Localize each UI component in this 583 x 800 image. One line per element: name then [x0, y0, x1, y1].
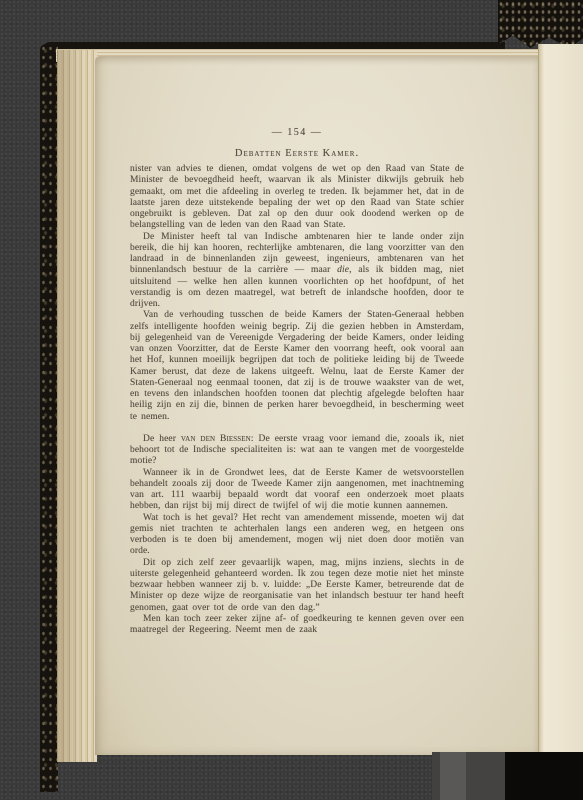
paragraph-5-text: Wanneer ik in de Grondwet lees, dat de E… — [130, 468, 464, 512]
printed-text-block: — 154 — Debatten Eerste Kamer. nister va… — [130, 127, 464, 636]
speaker-prefix: De heer — [143, 434, 181, 444]
paragraph-1: nister van advies te dienen, omdat volge… — [130, 164, 464, 232]
paragraph-2-italic-word: die — [337, 265, 349, 275]
speaker-name: van den Biessen — [181, 434, 251, 444]
book-scan-photo: — 154 — Debatten Eerste Kamer. nister va… — [0, 0, 583, 800]
paragraph-3-text: Van de verhouding tusschen de beide Kame… — [130, 310, 464, 421]
paragraph-2: De Minister heeft tal van Indische ambte… — [130, 232, 464, 311]
book-cover-left-marbled-strip — [40, 44, 58, 792]
body-text: nister van advies te dienen, omdat volge… — [130, 164, 464, 636]
section-heading: Debatten Eerste Kamer. — [130, 148, 464, 159]
fore-edge-page-block — [538, 44, 583, 762]
paragraph-6-text: Wat toch is het geval? Het recht van ame… — [130, 513, 464, 557]
paragraph-3: Van de verhouding tusschen de beide Kame… — [130, 310, 464, 423]
paragraph-7: Dit op zich zelf zeer gevaarlijk wapen, … — [130, 558, 464, 614]
table-shadow-strip — [432, 752, 505, 800]
paragraph-8-text: Men kan toch zeer zeker zijne af- of goe… — [130, 614, 464, 635]
paragraph-1-text: nister van advies te dienen, omdat volge… — [130, 164, 464, 230]
paragraph-8: Men kan toch zeer zeker zijne af- of goe… — [130, 614, 464, 637]
paragraph-5: Wanneer ik in de Grondwet lees, dat de E… — [130, 468, 464, 513]
paragraph-7-text: Dit op zich zelf zeer gevaarlijk wapen, … — [130, 558, 464, 613]
page-number: — 154 — — [130, 127, 464, 138]
paragraph-4: De heer van den Biessen: De eerste vraag… — [130, 434, 464, 468]
paragraph-6: Wat toch is het geval? Het recht van ame… — [130, 513, 464, 558]
table-shadow-dark — [505, 752, 583, 800]
page-stack-left-edges — [57, 50, 97, 762]
